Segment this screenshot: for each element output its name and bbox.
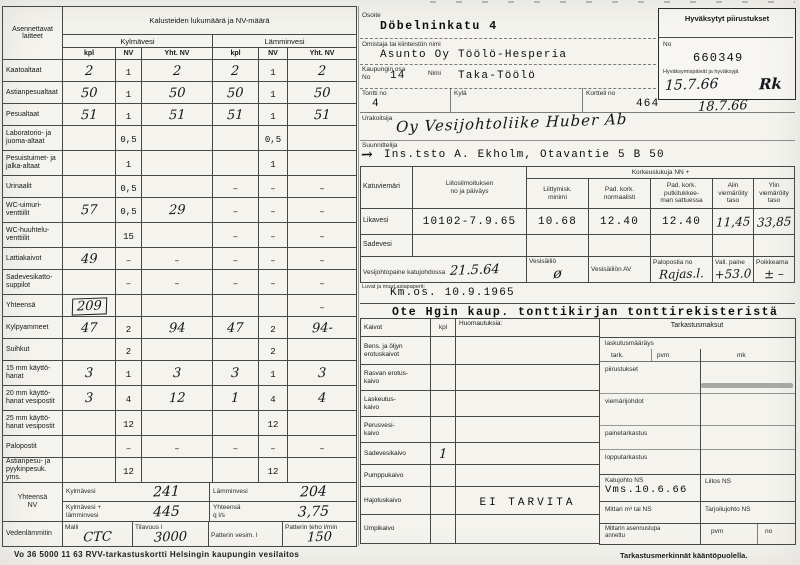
printed-value: – (319, 303, 324, 313)
deviation-value: ± – (754, 266, 794, 281)
printed-value: – (319, 256, 324, 266)
well-remark-cell: EI TARVITA (456, 487, 600, 515)
divider (360, 303, 795, 304)
fixture-label: Sadevesikatto- suppilot (3, 270, 63, 295)
col-header-yht-nv: Yht. NV (142, 48, 213, 60)
handwritten-value: 3 (173, 366, 182, 381)
mains-pressure-label: Vesijohtopaine katujohdossa (361, 269, 445, 277)
fixture-cell: 209 (63, 295, 116, 317)
fixture-label: Lattiakaivot (3, 248, 63, 270)
printed-value: – (233, 444, 238, 454)
fixture-label: Urinaalit (3, 176, 63, 198)
printed-value: 1 (126, 90, 131, 100)
fixture-cell: – (288, 295, 357, 317)
fixture-cell: 1 (259, 151, 288, 176)
fixture-cell: – (259, 198, 288, 223)
scan-smudge (701, 383, 793, 388)
fixture-cell: – (259, 270, 288, 295)
handwritten-value: 94- (311, 320, 332, 336)
hot-total-label: Lämminvesi (210, 488, 271, 496)
printed-value: 1 (126, 160, 131, 170)
fixture-cell: 94- (288, 317, 357, 339)
well-label: Perusvesi- kaivo (361, 417, 431, 443)
fixture-cell (63, 270, 116, 295)
fixture-cell: – (288, 198, 357, 223)
wastewater-highest: 33,85 (757, 214, 792, 229)
fixture-cell (142, 458, 213, 483)
col-header-nv: NV (116, 48, 142, 60)
inspection-fees-panel: Tarkastusmaksut laskutusmääräys tark. pv… (599, 318, 796, 545)
prevailing-pressure-value: +53.0 (713, 266, 753, 281)
handwritten-value: 50 (168, 85, 185, 101)
fixture-cell: 2 (142, 60, 213, 82)
divider (700, 349, 701, 544)
printed-value: 0,5 (120, 207, 136, 217)
fixture-cell: – (142, 248, 213, 270)
district-no-value: 14 (390, 70, 406, 82)
fixture-cell: 50 (142, 82, 213, 104)
fixture-cell: 57 (63, 198, 116, 223)
fixture-cell: – (259, 248, 288, 270)
fixture-cell: – (288, 270, 357, 295)
col-pad-kork-normaalisti: Pad. kork. normaalisti (589, 179, 651, 209)
divider (599, 361, 795, 362)
fixture-label: Kylpyammeet (3, 317, 63, 339)
fixture-cell: 47 (213, 317, 259, 339)
printed-value: 4 (126, 395, 131, 405)
well-label: Bens. ja öljyn erotuskaivot (361, 337, 431, 365)
fixture-cell (142, 176, 213, 198)
fixture-cell (142, 223, 213, 248)
fixture-cell (63, 436, 116, 458)
fixtures-table: Asennettavat laitteet Kalusteiden lukumä… (2, 6, 357, 483)
fixture-row: WC-uimuri- venttiilit570,529––– (3, 198, 357, 223)
fixture-cell: 2 (288, 60, 357, 82)
model-value: CTC (63, 529, 132, 546)
fixture-label: Palopostit (3, 436, 63, 458)
well-remark-cell (456, 337, 600, 365)
handwritten-value: 57 (80, 203, 97, 219)
printed-value: – (233, 279, 238, 289)
address-label: Osoite (362, 12, 381, 20)
wells-table: Kaivot kpl Huomautuksia: Bens. ja öljyn … (360, 318, 600, 544)
fixture-cell: 47 (63, 317, 116, 339)
fixture-cell: 3 (142, 361, 213, 386)
divider (651, 349, 652, 361)
divider (599, 523, 795, 524)
well-count-cell (431, 487, 456, 515)
contractor-value: Oy Vesijohtoliike Huber Ab (396, 110, 628, 136)
street-sewer-label: Katuviemäri (361, 167, 413, 209)
fees-tark-label: tark. (611, 352, 624, 360)
billing-order-label: laskutusmääräys (605, 340, 654, 348)
wells-kpl-label: kpl (431, 319, 456, 337)
fixture-cell: 94 (142, 317, 213, 339)
cold-water-header: Kylmävesi (63, 35, 213, 48)
fee-item-final-inspection: lopputarkastus (605, 454, 647, 462)
divider (450, 88, 451, 112)
handwritten-value: 1 (231, 391, 240, 406)
meter-permit-label: Mittarin asennuslupa annettu (605, 526, 660, 540)
handwritten-value: 50 (313, 85, 330, 101)
printed-value: – (174, 279, 179, 289)
fixture-cell: – (259, 223, 288, 248)
handwritten-value: 3 (231, 366, 240, 381)
handwritten-value: 2 (85, 63, 94, 78)
fixture-label: Pesuistuimet- ja jalka-altaat (3, 151, 63, 176)
well-label: Umpikaivo (361, 515, 431, 544)
fixture-cell: 1 (116, 104, 142, 126)
col-header-kpl: kpl (63, 48, 116, 60)
fixture-row: 20 mm käyttö- hanat vesipostit3412144 (3, 386, 357, 411)
approved-drawings-box: Hyväksytyt piirustukset No 660349 Hyväks… (658, 8, 796, 100)
fixture-cell: 3 (63, 361, 116, 386)
fixture-label: Astianpesualtaat (3, 82, 63, 104)
well-count-cell (431, 337, 456, 365)
divider (360, 64, 656, 65)
fixture-cell (63, 223, 116, 248)
well-row: Perusvesi- kaivo (361, 417, 600, 443)
handwritten-value: 50 (227, 85, 244, 101)
fixture-label: 25 mm käyttö- hanat vesipostit (3, 411, 63, 436)
printed-value: 1 (126, 370, 131, 380)
fixture-cell: 3 (213, 361, 259, 386)
remarks-label: Huomautuksia: (456, 319, 600, 337)
printed-value: – (270, 232, 275, 242)
fixture-label: WC-uimuri- venttiilit (3, 198, 63, 223)
cold-total-value: 241 (124, 483, 210, 502)
well-row: Bens. ja öljyn erotuskaivot (361, 337, 600, 365)
fixture-label: 15 mm käyttö- hanat (3, 361, 63, 386)
fixture-cell: – (116, 248, 142, 270)
fixture-cell: 50 (288, 82, 357, 104)
fixture-row: Urinaalit0,5––– (3, 176, 357, 198)
col-alin-taso: Alin viemäröity taso (713, 179, 754, 209)
designer-arrow-mark: → (361, 147, 373, 163)
divider (757, 523, 758, 544)
printed-value: 2 (270, 325, 275, 335)
fixture-cell (213, 339, 259, 361)
fixture-row: Palopostit––––– (3, 436, 357, 458)
handwritten-value: 47 (227, 320, 244, 336)
fixture-cell: 1 (259, 104, 288, 126)
divider (582, 88, 583, 112)
fixture-row: Kylpyammeet4729447294- (3, 317, 357, 339)
fixture-cell: 3 (63, 386, 116, 411)
fixture-cell: 1 (259, 82, 288, 104)
fixture-cell: – (116, 270, 142, 295)
printed-value: 2 (270, 347, 275, 357)
block-value: 464 (636, 98, 659, 110)
combined-total-value: 445 (124, 502, 210, 521)
printed-value: 2 (126, 325, 131, 335)
handwritten-value: 47 (80, 320, 97, 336)
fixture-row: Pesualtaat5115151151 (3, 104, 357, 126)
wells-label: Kaivot (361, 319, 431, 337)
well-remark-cell (456, 465, 600, 487)
handwritten-value: 12 (168, 391, 185, 407)
district-name-value: Taka-Töölö (458, 70, 536, 82)
service-pipe-ns-label: Tarjoilujohto NS (705, 506, 751, 514)
printed-value: 12 (123, 467, 134, 477)
radiator-water-label: Patterin vesim. l (209, 531, 282, 540)
fixture-cell (259, 295, 288, 317)
well-count-cell (431, 515, 456, 544)
printed-value: – (270, 256, 275, 266)
divider (659, 37, 793, 38)
fixture-cell: 4 (259, 386, 288, 411)
printed-value: 0,5 (120, 135, 136, 145)
printed-value: – (233, 256, 238, 266)
fixture-cell: – (213, 270, 259, 295)
radiator-power-value: 150 (283, 529, 356, 547)
approved-title: Hyväksytyt piirustukset (659, 14, 795, 23)
well-label: Pumppukaivo (361, 465, 431, 487)
approval-date-2: 18.7.66 (698, 98, 748, 115)
fees-mk-label: mk (737, 352, 746, 360)
fixture-cell: 50 (213, 82, 259, 104)
fixture-cell: – (213, 223, 259, 248)
wastewater-label: Likavesi (361, 209, 413, 235)
well-count-cell (431, 465, 456, 487)
permits-value: Km.os. 10.9.1965 (390, 287, 515, 299)
divider (358, 6, 359, 546)
sewer-table: Katuviemäri Liitosilmoituksen no ja päiv… (360, 166, 795, 283)
fixture-cell: 4 (116, 386, 142, 411)
fixture-cell (142, 126, 213, 151)
printed-value: – (319, 232, 324, 242)
printed-value: 1 (270, 160, 275, 170)
fixture-cell: 50 (63, 82, 116, 104)
well-label: Sadevesikaivo (361, 443, 431, 465)
fixture-cell: 15 (116, 223, 142, 248)
well-label: Laskeutus- kaivo (361, 391, 431, 417)
approval-date-1: 15.7.66 (665, 76, 719, 94)
water-tank-value: ø (527, 265, 589, 283)
printed-value: – (233, 184, 238, 194)
col-pad-kork-tukos: Pad. kork. putkitukkee- man sattuessa (651, 179, 713, 209)
printed-value: – (270, 279, 275, 289)
printed-value: – (174, 444, 179, 454)
fixture-cell (63, 151, 116, 176)
fixture-row: 15 mm käyttö- hanat313313 (3, 361, 357, 386)
fixture-label: Yhteensä (3, 295, 63, 317)
well-label: Hajotuskaivo (361, 487, 431, 515)
divider (360, 38, 656, 39)
fixture-label: Pesualtaat (3, 104, 63, 126)
fixture-cell: 51 (213, 104, 259, 126)
well-remark-cell (456, 417, 600, 443)
fixture-cell: – (142, 270, 213, 295)
printed-value: – (126, 444, 131, 454)
col-ylin-taso: Ylin viemäröity taso (754, 179, 795, 209)
fixture-cell: 2 (213, 60, 259, 82)
fixture-cell: 29 (142, 198, 213, 223)
fixture-cell: 0,5 (116, 126, 142, 151)
fixture-cell: 0,5 (259, 126, 288, 151)
fixture-row: Lattiakaivot49––––– (3, 248, 357, 270)
fixture-cell: 1 (213, 386, 259, 411)
fixture-cell: – (213, 436, 259, 458)
printed-value: 4 (270, 395, 275, 405)
district-name-label: Nimi (428, 70, 441, 78)
fixture-cell (213, 295, 259, 317)
fixture-cell: 12 (116, 411, 142, 436)
fees-header: Tarkastusmaksut (599, 322, 795, 329)
fixture-cell: 2 (259, 339, 288, 361)
handwritten-value: 49 (80, 251, 97, 267)
fixture-label: Laboratorio- ja juoma-altaat (3, 126, 63, 151)
plot-label: Tontti no (362, 90, 387, 98)
fixture-cell: 49 (63, 248, 116, 270)
printed-value: 12 (268, 420, 279, 430)
fixture-row: Kaatoaltaat212212 (3, 60, 357, 82)
district-no-label: No (362, 74, 370, 82)
totals-table: Yhteensä NV Kylmävesi241 Lämminvesi204 K… (2, 482, 357, 522)
fixture-cell: 1 (116, 151, 142, 176)
col-header-kpl: kpl (213, 48, 259, 60)
divider (599, 501, 795, 502)
printed-value: – (270, 207, 275, 217)
fixture-cell: 2 (116, 317, 142, 339)
fixture-row: Sadevesikatto- suppilot––––– (3, 270, 357, 295)
divider (599, 425, 795, 426)
fixture-cell (63, 126, 116, 151)
printed-value: 15 (123, 232, 134, 242)
approved-dates-label: Hyväksymispäivät ja hyväksyjä (663, 69, 739, 76)
flow-total-value: 3,75 (271, 502, 357, 521)
fixture-cell: 12 (116, 458, 142, 483)
approver-initials: Rk (759, 75, 782, 94)
fixture-cell: 1 (116, 361, 142, 386)
printed-value: 2 (126, 347, 131, 357)
fixture-cell (142, 151, 213, 176)
handwritten-value: 209 (71, 297, 106, 315)
fixture-row: Yhteensä209– (3, 295, 357, 317)
street-main-ns-value: Vms.10.6.66 (605, 484, 688, 496)
handwritten-value: 3 (318, 366, 327, 381)
fixture-cell (213, 411, 259, 436)
combined-total-label: Kylmävesi + lämminvesi (63, 504, 124, 520)
form-number-footer: Vo 36 5000 11 63 RVV-tarkastuskortti Hel… (14, 550, 299, 559)
fixture-cell: 51 (288, 104, 357, 126)
handwritten-value: 50 (80, 85, 97, 101)
well-remark-cell (456, 391, 600, 417)
scan-noise (430, 1, 795, 3)
fixture-cell: 2 (63, 60, 116, 82)
fixture-cell (142, 411, 213, 436)
handwritten-value: 29 (168, 203, 185, 219)
printed-value: 1 (270, 370, 275, 380)
designer-value: Ins.tsto A. Ekholm, Otavantie 5 B 50 (384, 149, 665, 161)
fixture-label: Kaatoaltaat (3, 60, 63, 82)
fixture-cell (142, 339, 213, 361)
fixture-cell: 2 (259, 317, 288, 339)
hot-total-value: 204 (271, 483, 357, 502)
fixtures-group-header: Kalusteiden lukumäärä ja NV-määrä (63, 7, 357, 35)
handwritten-value: 3 (85, 366, 94, 381)
printed-value: – (270, 184, 275, 194)
fixture-cell: – (259, 436, 288, 458)
fixture-cell: 0,5 (116, 176, 142, 198)
fixture-cell (288, 411, 357, 436)
handwritten-value: 3 (85, 391, 94, 406)
fixture-cell: 51 (142, 104, 213, 126)
fixture-cell: – (288, 248, 357, 270)
printed-value: 1 (270, 112, 275, 122)
fixture-cell: 1 (259, 361, 288, 386)
elevation-header: Korkeuslukuja NN + (527, 167, 795, 179)
divider (360, 140, 795, 141)
printed-value: – (233, 207, 238, 217)
fixture-cell (116, 295, 142, 317)
fixtures-tbody: Kaatoaltaat212212Astianpesualtaat5015050… (3, 60, 357, 483)
handwritten-value: 4 (318, 391, 327, 406)
fixture-cell (63, 339, 116, 361)
fixture-cell: – (213, 176, 259, 198)
fixture-cell: – (288, 223, 357, 248)
fixture-cell (63, 458, 116, 483)
printed-value: 1 (270, 90, 275, 100)
well-count-cell (431, 365, 456, 391)
approved-number: 660349 (693, 51, 743, 65)
owner-value: Asunto Oy Töölö-Hesperia (380, 49, 567, 61)
fixture-cell: 51 (63, 104, 116, 126)
fee-item-pressure-test: painetarkastus (605, 430, 647, 438)
well-row: Laskeutus- kaivo (361, 391, 600, 417)
meter-label: Mittari m³ tai NS (605, 506, 652, 514)
well-row: HajotuskaivoEI TARVITA (361, 487, 600, 515)
fixture-row: Astianpesu- ja pyykinpesuk. yms.1212 (3, 458, 357, 483)
divider (599, 474, 795, 475)
stormwater-label: Sadevesi (361, 235, 413, 257)
fixture-cell (63, 411, 116, 436)
fixture-row: Laboratorio- ja juoma-altaat0,50,5 (3, 126, 357, 151)
col-header-yht-nv: Yht. NV (288, 48, 357, 60)
address-value: Döbelninkatu 4 (380, 20, 498, 33)
contractor-label: Urakoitsija (362, 115, 392, 123)
printed-value: 0,5 (265, 135, 281, 145)
heater-label: Vedenlämmitin (3, 522, 63, 547)
fixture-row: WC-huuhtelu- venttiilit15––– (3, 223, 357, 248)
well-count-cell (431, 391, 456, 417)
fixture-cell: 0,5 (116, 198, 142, 223)
block-label: Kortteli no (586, 90, 615, 98)
fixture-cell: – (142, 436, 213, 458)
well-row: Umpikaivo (361, 515, 600, 544)
handwritten-value: 2 (231, 63, 240, 78)
printed-value: – (233, 232, 238, 242)
printed-value: – (319, 444, 324, 454)
approved-no-label: No (663, 41, 671, 49)
well-row: Pumppukaivo (361, 465, 600, 487)
well-row: Sadevesikaivo1 (361, 443, 600, 465)
fixture-cell: – (288, 436, 357, 458)
fee-item-drawings: piirustukset (605, 366, 638, 374)
printed-value: – (174, 256, 179, 266)
hot-water-header: Lämminvesi (213, 35, 357, 48)
divider (599, 393, 795, 394)
flow-total-label: Yhteensä q l/s (210, 504, 271, 520)
fixture-cell (288, 151, 357, 176)
wastewater-lowest: 11,45 (716, 214, 751, 229)
mains-pressure-value: 21.5.64 (450, 262, 500, 279)
heater-table: Vedenlämmitin MalliCTC Tilavuus l3000 Pa… (2, 521, 357, 547)
fees-pvm-label: pvm (657, 352, 669, 360)
reverse-side-note: Tarkastusmerkinnät kääntöpuolella. (620, 551, 747, 560)
fixture-row: Astianpesualtaat5015050150 (3, 82, 357, 104)
fixture-cell: 12 (259, 411, 288, 436)
